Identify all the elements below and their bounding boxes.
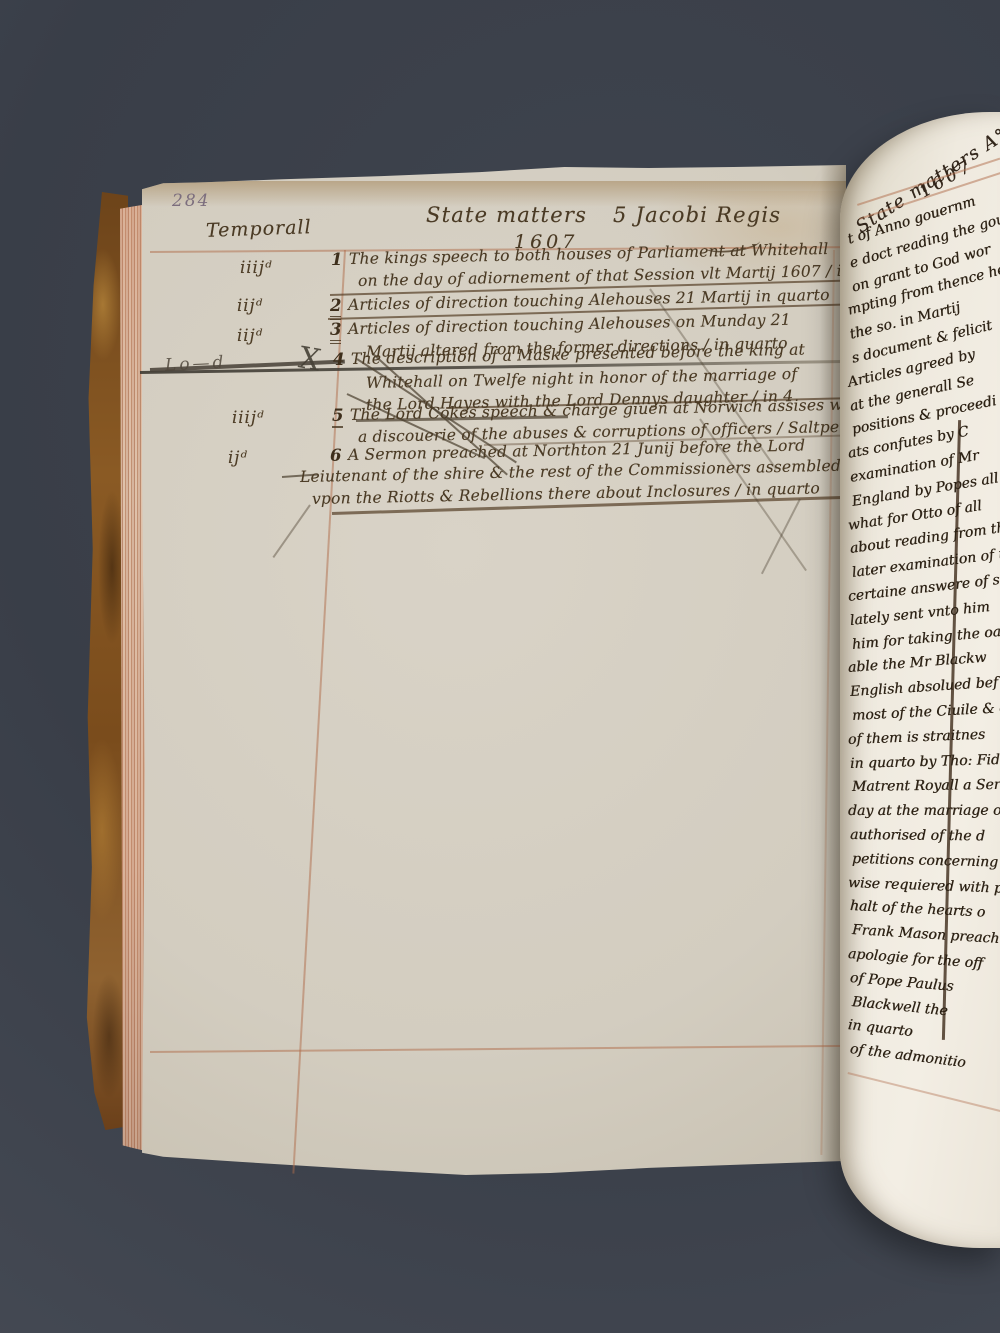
right-page-line: in quarto	[847, 1017, 913, 1040]
right-page-line: Matrent Royall a Ser	[852, 777, 1000, 795]
right-page-bottom-rule	[848, 1072, 1000, 1114]
right-page-line: authorised of the d	[850, 827, 985, 844]
margin-price-note: ijᵈ	[228, 448, 248, 467]
margin-price-note: iiijᵈ	[232, 408, 265, 427]
right-page-line: wise requiered with pa	[848, 875, 1000, 897]
title-regnal: 5 Jacobi Regis	[613, 203, 781, 227]
entry-number: 2	[330, 296, 341, 320]
right-page-line: petitions concerning	[852, 851, 998, 871]
margin-price-note: iijᵈ	[237, 326, 263, 345]
folio-number: 284	[172, 191, 210, 211]
right-page-line: most of the Ciuile & c	[852, 700, 1000, 724]
entry-number: 6	[330, 446, 341, 465]
right-page-line: apologie for the off	[847, 946, 983, 972]
right-page-line: of the admonitio	[849, 1041, 967, 1071]
section-heading: Temporall	[206, 216, 312, 242]
right-page-line: English absolued bef	[849, 675, 998, 700]
margin-price-note: iijᵈ	[237, 296, 263, 315]
right-page-line: Frank Mason preach	[852, 922, 1000, 947]
right-page-line: lately sent vnto him	[849, 599, 990, 629]
right-page-line: Blackwell the	[851, 994, 948, 1019]
margin-price-note: iiijᵈ	[240, 258, 273, 277]
entry-number: 5	[332, 406, 343, 428]
right-page-line: day at the marriage of	[848, 803, 1000, 819]
right-page: State matters A° 1607 t of Anno gouernme…	[840, 112, 1000, 1248]
right-page-line: able the Mr Blackw	[847, 650, 987, 676]
title-main: State matters	[426, 203, 587, 227]
right-page-line: of them is straitnes	[848, 727, 986, 748]
right-page-line: halt of the hearts o	[850, 898, 986, 921]
entry-number: 3	[330, 320, 341, 344]
manuscript-photo: 284 Temporall State matters5 Jacobi Regi…	[0, 0, 1000, 1333]
entry-number: 1	[331, 250, 342, 269]
right-page-line: in quarto by Tho: Fidl	[850, 752, 1000, 772]
page-title: State matters5 Jacobi Regis	[426, 203, 781, 227]
right-page-line: him for taking the oa	[851, 624, 1000, 653]
entry-number: 4	[333, 350, 344, 369]
struck-margin-note: Lo—d	[165, 352, 227, 375]
right-page-line: of Pope Paulus	[849, 970, 954, 995]
